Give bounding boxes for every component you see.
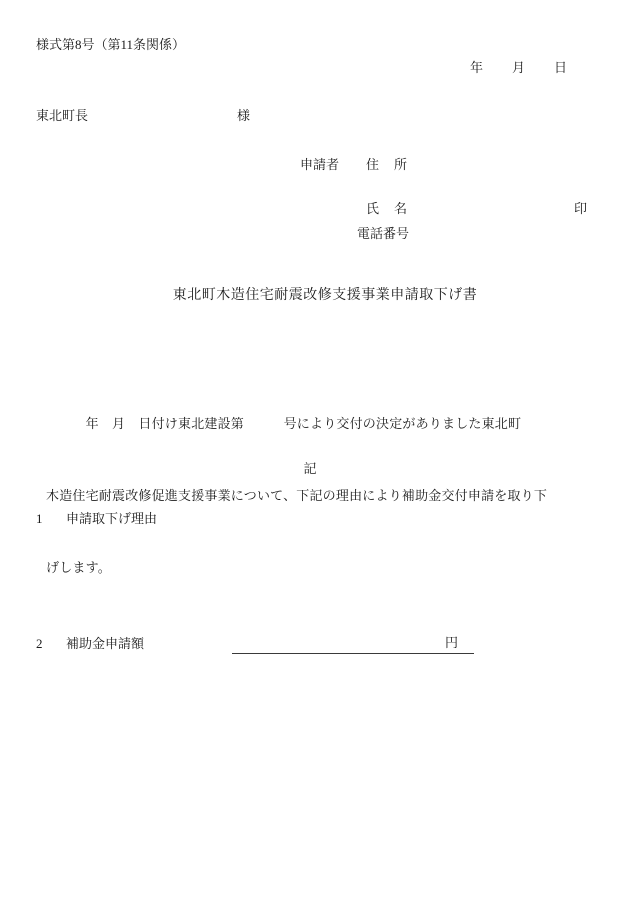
body-paragraph: 年 月 日付け東北建設第 号により交付の決定がありました東北町 木造住宅耐震改修…: [46, 364, 547, 628]
body-line-2: 木造住宅耐震改修促進支援事業について、下記の理由により補助金交付申請を取り下: [46, 484, 547, 508]
applicant-address-label: 住 所: [366, 157, 408, 173]
item-2-number: 2: [36, 636, 43, 652]
record-marker: 記: [0, 461, 620, 477]
item-2-label-subsidy-amount: 補助金申請額: [66, 636, 144, 652]
addressee-honorific: 様: [237, 108, 250, 124]
applicant-phone-label: 電話番号: [357, 226, 409, 242]
applicant-name-label: 氏 名: [366, 201, 408, 217]
document-title: 東北町木造住宅耐震改修支援事業申請取下げ書: [20, 288, 630, 304]
document-page: 様式第8号（第11条関係） 年 月 日 東北町長 様 申請者 住 所 氏 名 印…: [0, 0, 630, 903]
body-line-3: げします。: [46, 556, 547, 580]
addressee-name: 東北町長: [36, 108, 88, 124]
body-line-1: 年 月 日付け東北建設第 号により交付の決定がありました東北町: [46, 412, 547, 436]
form-number: 様式第8号（第11条関係）: [36, 37, 185, 53]
item-1-number: 1: [36, 511, 43, 527]
seal-mark: 印: [574, 201, 587, 217]
date-line: 年 月 日: [470, 60, 568, 76]
item-1-label-withdrawal-reason: 申請取下げ理由: [66, 511, 157, 527]
applicant-label: 申請者: [300, 157, 339, 173]
yen-unit-label: 円: [445, 635, 458, 650]
subsidy-amount-blank-field: 円: [232, 634, 474, 654]
